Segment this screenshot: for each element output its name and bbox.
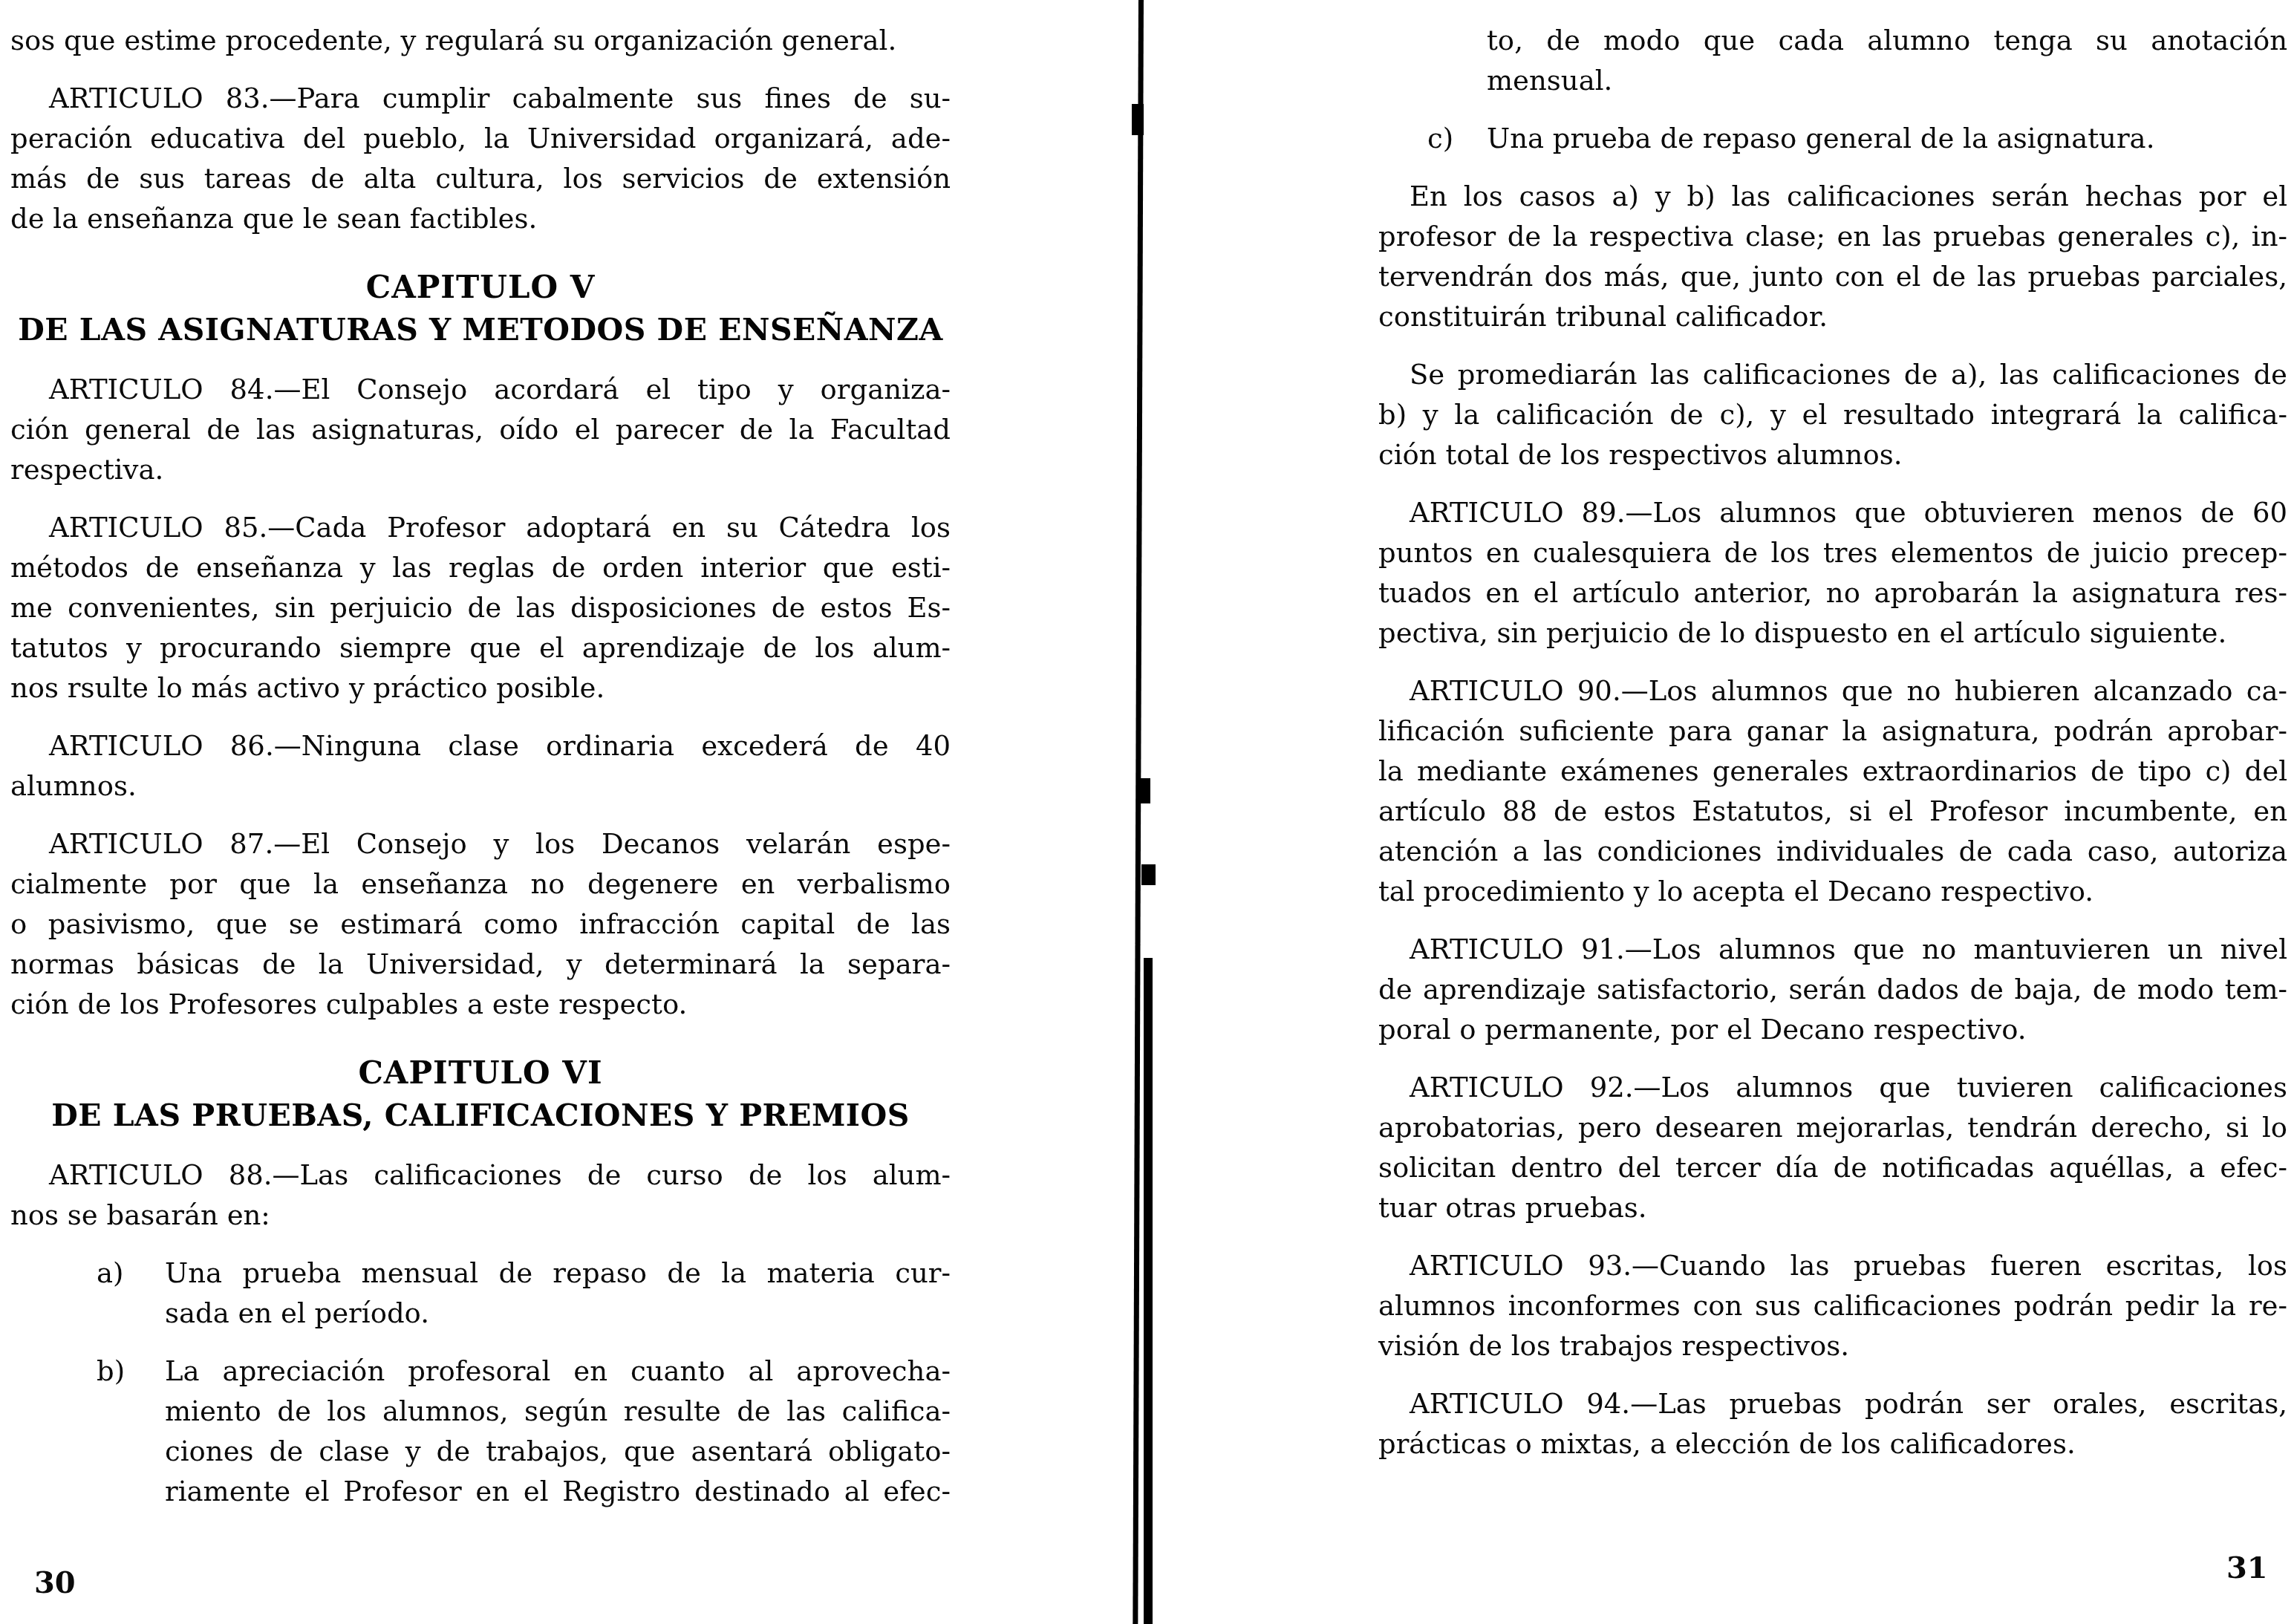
list-item-marker: b) [97, 1351, 125, 1392]
text-line: miento de los alumnos, según resulte de … [165, 1392, 951, 1432]
text-line: lificación suficiente para ganar la asig… [1378, 711, 2287, 751]
heading-line: CAPITULO VI [10, 1051, 951, 1095]
text-line: mensual. [1487, 61, 2287, 101]
text-line: ción de los Profesores culpables a este … [10, 985, 951, 1025]
text-line: Una prueba mensual de repaso de la mater… [165, 1253, 951, 1294]
text-line: visión de los trabajos respectivos. [1378, 1326, 2287, 1366]
text-line: la mediante exámenes generales extraordi… [1378, 751, 2287, 792]
text-line: ARTICULO 94.—Las pruebas podrán ser oral… [1378, 1384, 2287, 1424]
heading-line: DE LAS ASIGNATURAS Y METODOS DE ENSEÑANZ… [10, 309, 951, 350]
paragraph: sos que estime procedente, y regulará su… [10, 21, 951, 61]
list-item: b)La apreciación profesoral en cuanto al… [10, 1351, 951, 1512]
gutter-line [1133, 0, 1144, 1624]
paragraph: ARTICULO 87.—El Consejo y los Decanos ve… [10, 824, 951, 1025]
text-line: peración educativa del pueblo, la Univer… [10, 119, 951, 159]
text-line: ARTICULO 93.—Cuando las pruebas fueren e… [1378, 1246, 2287, 1286]
text-line: ARTICULO 88.—Las calificaciones de curso… [10, 1155, 951, 1196]
text-line: to, de modo que cada alumno tenga su ano… [1487, 21, 2287, 61]
text-line: artículo 88 de estos Estatutos, si el Pr… [1378, 792, 2287, 832]
heading-line: DE LAS PRUEBAS, CALIFICACIONES Y PREMIOS [10, 1095, 951, 1136]
text-line: riamente el Profesor en el Registro dest… [165, 1472, 951, 1512]
text-line: poral o permanente, por el Decano respec… [1378, 1010, 2287, 1050]
text-line: tal procedimiento y lo acepta el Decano … [1378, 872, 2287, 912]
text-line: cialmente por que la enseñanza no degene… [10, 864, 951, 904]
text-line: nos se basarán en: [10, 1196, 951, 1236]
paragraph: Se promediarán las calificaciones de a),… [1378, 355, 2287, 475]
text-line: ARTICULO 92.—Los alumnos que tuvieren ca… [1378, 1068, 2287, 1108]
paragraph: ARTICULO 88.—Las calificaciones de curso… [10, 1155, 951, 1236]
text-line: más de sus tareas de alta cultura, los s… [10, 159, 951, 199]
heading-line: CAPITULO V [10, 266, 951, 309]
chapter-heading: CAPITULO VDE LAS ASIGNATURAS Y METODOS D… [10, 266, 951, 350]
list-item: a)Una prueba mensual de repaso de la mat… [10, 1253, 951, 1334]
text-line: Una prueba de repaso general de la asign… [1487, 119, 2287, 159]
text-line: aprobatorias, pero desearen mejorarlas, … [1378, 1108, 2287, 1148]
list-item-marker: c) [1427, 119, 1453, 159]
page-right-text-flow: to, de modo que cada alumno tenga su ano… [1378, 21, 2287, 1464]
text-line: La apreciación profesoral en cuanto al a… [165, 1351, 951, 1392]
paragraph: ARTICULO 93.—Cuando las pruebas fueren e… [1378, 1246, 2287, 1366]
paragraph: En los casos a) y b) las calificaciones … [1378, 177, 2287, 337]
text-line: sada en el período. [165, 1294, 951, 1334]
text-line: atención a las condiciones individuales … [1378, 832, 2287, 872]
text-line: ción total de los respectivos alumnos. [1378, 435, 2287, 475]
text-line: ARTICULO 83.—Para cumplir cabalmente sus… [10, 79, 951, 119]
text-line: ARTICULO 84.—El Consejo acordará el tipo… [10, 370, 951, 410]
text-line: de la enseñanza que le sean factibles. [10, 199, 951, 239]
text-line: o pasivismo, que se estimará como infrac… [10, 904, 951, 945]
text-line: prácticas o mixtas, a elección de los ca… [1378, 1424, 2287, 1464]
gutter-ink-blotch [1132, 104, 1144, 135]
text-line: ARTICULO 85.—Cada Profesor adoptará en s… [10, 508, 951, 548]
text-line: En los casos a) y b) las calificaciones … [1378, 177, 2287, 217]
page-left-text-flow: sos que estime procedente, y regulará su… [10, 21, 951, 1512]
list-item-marker: a) [97, 1253, 124, 1294]
text-line: Se promediarán las calificaciones de a),… [1378, 355, 2287, 395]
list-item: c)Una prueba de repaso general de la asi… [1378, 119, 2287, 159]
page-left: sos que estime procedente, y regulará su… [10, 21, 951, 1530]
text-line: alumnos inconformes con sus calificacion… [1378, 1286, 2287, 1326]
text-line: nos rsulte lo más activo y práctico posi… [10, 668, 951, 708]
paragraph: ARTICULO 90.—Los alumnos que no hubieren… [1378, 671, 2287, 912]
text-line: de aprendizaje satisfactorio, serán dado… [1378, 970, 2287, 1010]
text-line: profesor de la respectiva clase; en las … [1378, 217, 2287, 257]
text-line: tuar otras pruebas. [1378, 1188, 2287, 1228]
text-line: ciones de clase y de trabajos, que asent… [165, 1432, 951, 1472]
text-line: me convenientes, sin perjuicio de las di… [10, 588, 951, 628]
page-number-right: 31 [2226, 1550, 2268, 1585]
page-right: to, de modo que cada alumno tenga su ano… [1378, 21, 2287, 1482]
text-line: b) y la calificación de c), y el resulta… [1378, 395, 2287, 435]
scanned-book-spread: { "paper_color": "#ffffff", "ink_color":… [0, 0, 2294, 1624]
text-line: métodos de enseñanza y las reglas de ord… [10, 548, 951, 588]
text-line: tuados en el artículo anterior, no aprob… [1378, 573, 2287, 613]
text-line: tervendrán dos más, que, junto con el de… [1378, 257, 2287, 297]
text-line: ARTICULO 86.—Ninguna clase ordinaria exc… [10, 726, 951, 766]
text-line: constituirán tribunal calificador. [1378, 297, 2287, 337]
paragraph: ARTICULO 85.—Cada Profesor adoptará en s… [10, 508, 951, 708]
gutter-ink-blotch [1144, 958, 1153, 1624]
text-line: tatutos y procurando siempre que el apre… [10, 628, 951, 668]
text-line: ción general de las asignaturas, oído el… [10, 410, 951, 450]
text-line: ARTICULO 91.—Los alumnos que no mantuvie… [1378, 930, 2287, 970]
text-line: ARTICULO 90.—Los alumnos que no hubieren… [1378, 671, 2287, 711]
text-line: alumnos. [10, 766, 951, 806]
paragraph: ARTICULO 91.—Los alumnos que no mantuvie… [1378, 930, 2287, 1050]
page-number-left: 30 [34, 1565, 76, 1600]
paragraph: ARTICULO 84.—El Consejo acordará el tipo… [10, 370, 951, 490]
text-line: ARTICULO 87.—El Consejo y los Decanos ve… [10, 824, 951, 864]
text-line: ARTICULO 89.—Los alumnos que obtuvieren … [1378, 493, 2287, 533]
paragraph: ARTICULO 86.—Ninguna clase ordinaria exc… [10, 726, 951, 806]
paragraph: ARTICULO 89.—Los alumnos que obtuvieren … [1378, 493, 2287, 653]
chapter-heading: CAPITULO VIDE LAS PRUEBAS, CALIFICACIONE… [10, 1051, 951, 1136]
text-line: respectiva. [10, 450, 951, 490]
paragraph: ARTICULO 83.—Para cumplir cabalmente sus… [10, 79, 951, 239]
text-line: normas básicas de la Universidad, y dete… [10, 945, 951, 985]
gutter-ink-blotch [1141, 864, 1156, 885]
continuation-paragraph: to, de modo que cada alumno tenga su ano… [1378, 21, 2287, 101]
paragraph: ARTICULO 92.—Los alumnos que tuvieren ca… [1378, 1068, 2287, 1228]
text-line: pectiva, sin perjuicio de lo dispuesto e… [1378, 613, 2287, 653]
text-line: solicitan dentro del tercer día de notif… [1378, 1148, 2287, 1188]
paragraph: ARTICULO 94.—Las pruebas podrán ser oral… [1378, 1384, 2287, 1464]
text-line: puntos en cualesquiera de los tres eleme… [1378, 533, 2287, 573]
text-line: sos que estime procedente, y regulará su… [10, 21, 951, 61]
gutter-ink-blotch [1138, 778, 1150, 803]
